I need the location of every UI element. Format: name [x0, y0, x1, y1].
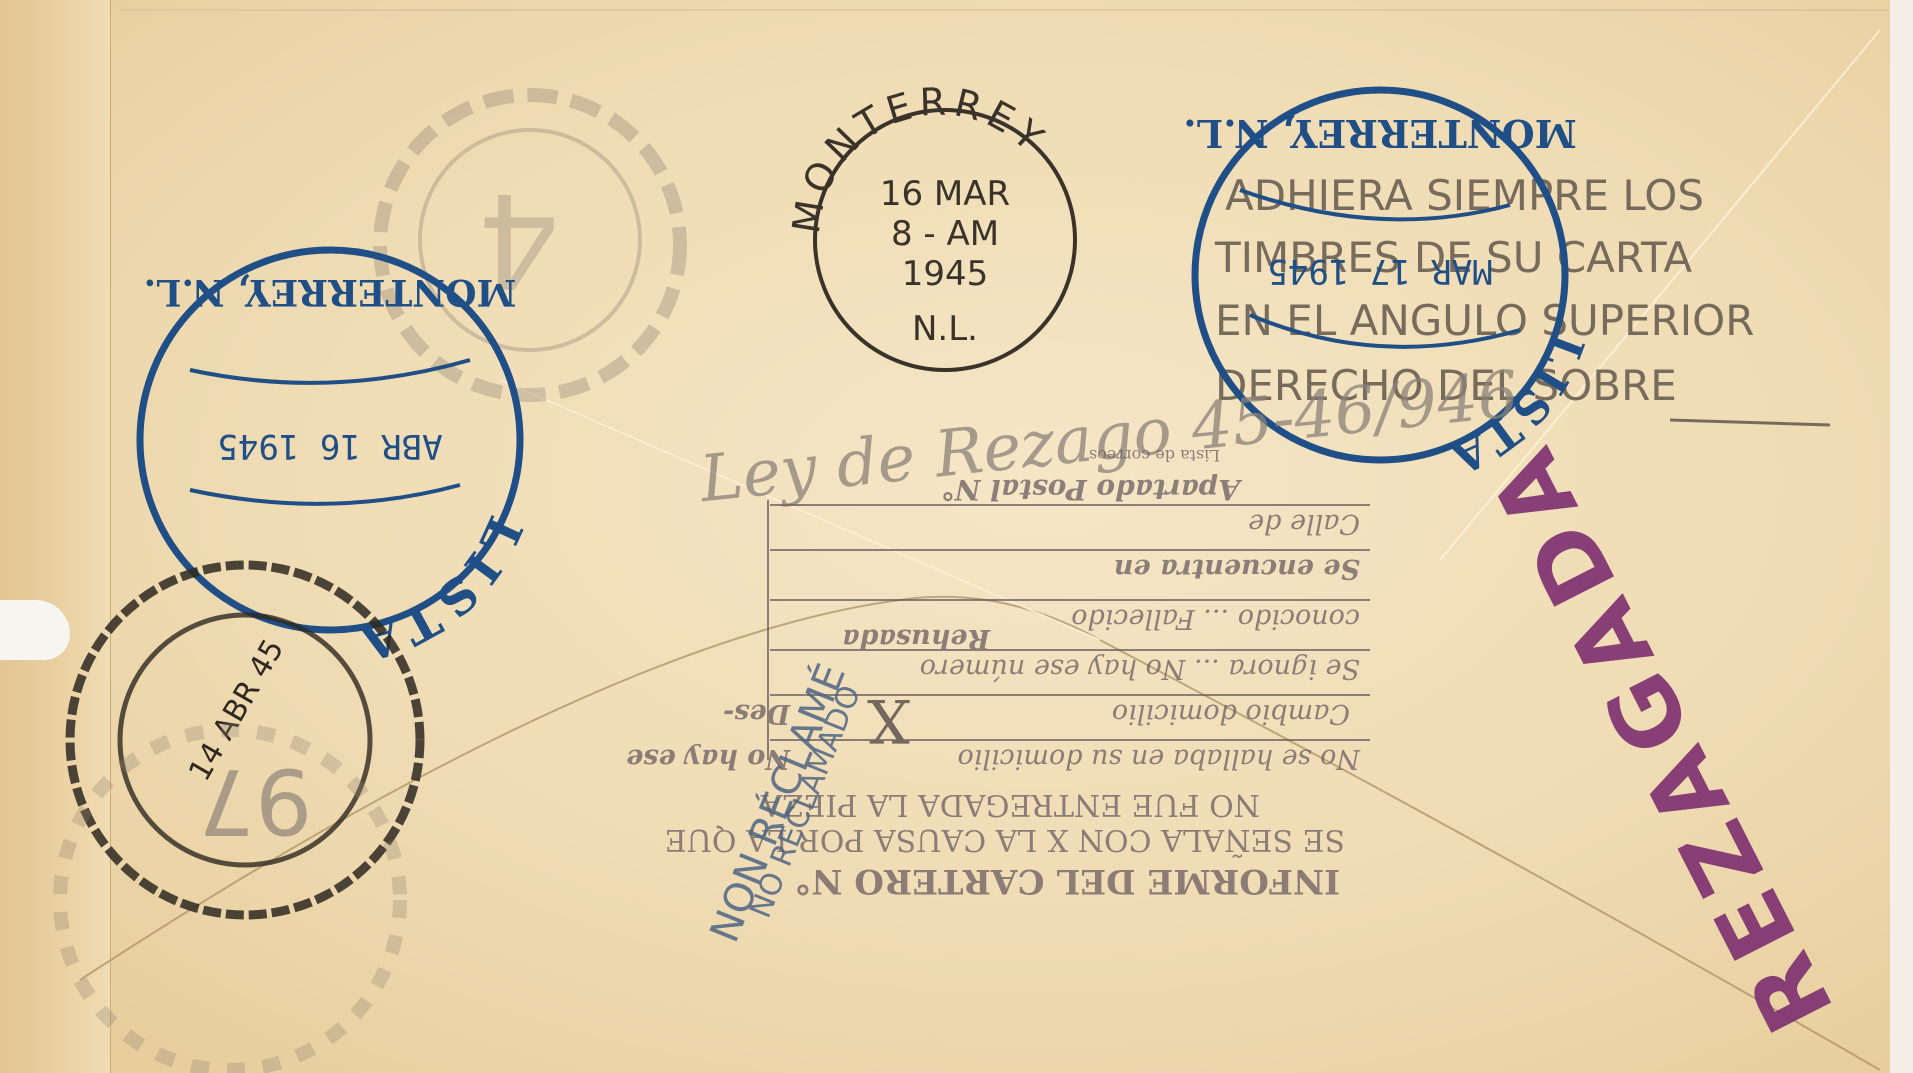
- svg-text:Cambio domicilio: Cambio domicilio: [1112, 698, 1350, 729]
- svg-text:Se ignora ... No hay ese númer: Se ignora ... No hay ese número: [920, 653, 1360, 684]
- svg-text:MONTERREY, N.L.: MONTERREY, N.L.: [144, 271, 517, 313]
- svg-text:Se encuentra en: Se encuentra en: [1114, 553, 1360, 584]
- svg-text:NO FUE ENTREGADA LA PIEZA: NO FUE ENTREGADA LA PIEZA: [761, 787, 1260, 822]
- svg-text:MONTERREY, N.L.: MONTERREY, N.L.: [1183, 111, 1576, 156]
- svg-text:No se hallaba en su domicilio: No se hallaba en su domicilio: [957, 743, 1361, 774]
- envelope-back: 4 MONTERREY 16 MAR 8 - AM 1945 N.L. ADHI…: [0, 0, 1913, 1073]
- svg-text:Des-: Des-: [723, 698, 791, 729]
- svg-text:N.L.: N.L.: [912, 309, 978, 349]
- monterrey-date-stamp: MONTERREY 16 MAR 8 - AM 1945 N.L.: [784, 80, 1075, 370]
- svg-text:8 - AM: 8 - AM: [891, 214, 999, 254]
- svg-text:16 MAR: 16 MAR: [880, 174, 1010, 214]
- svg-text:LISTA: LISTA: [349, 508, 532, 672]
- svg-text:conocido ... Fallecido: conocido ... Fallecido: [1071, 603, 1360, 634]
- carrier-report-stamp: INFORME DEL CARTERO N° SE SEÑALA CON X L…: [626, 446, 1370, 901]
- svg-text:MAR 17 1945: MAR 17 1945: [1267, 251, 1492, 291]
- svg-text:1945: 1945: [902, 254, 989, 294]
- faded-postmark: 4: [380, 95, 680, 395]
- markings-layer: 4 MONTERREY 16 MAR 8 - AM 1945 N.L. ADHI…: [0, 0, 1913, 1073]
- svg-text:X: X: [867, 685, 910, 755]
- svg-text:INFORME DEL CARTERO N°: INFORME DEL CARTERO N°: [794, 861, 1340, 901]
- svg-text:Apartado Postal N°: Apartado Postal N°: [941, 473, 1243, 506]
- purple-cachet: REZAGADA: [1466, 425, 1855, 1049]
- svg-text:Calle de: Calle de: [1248, 508, 1360, 539]
- svg-text:97: 97: [198, 748, 313, 853]
- svg-text:Lista de correos: Lista de correos: [1089, 446, 1220, 465]
- lista-stamp-left: LISTA ABR 16 1945 MONTERREY, N.L.: [140, 250, 533, 672]
- svg-text:ABR 16 1945: ABR 16 1945: [217, 426, 442, 466]
